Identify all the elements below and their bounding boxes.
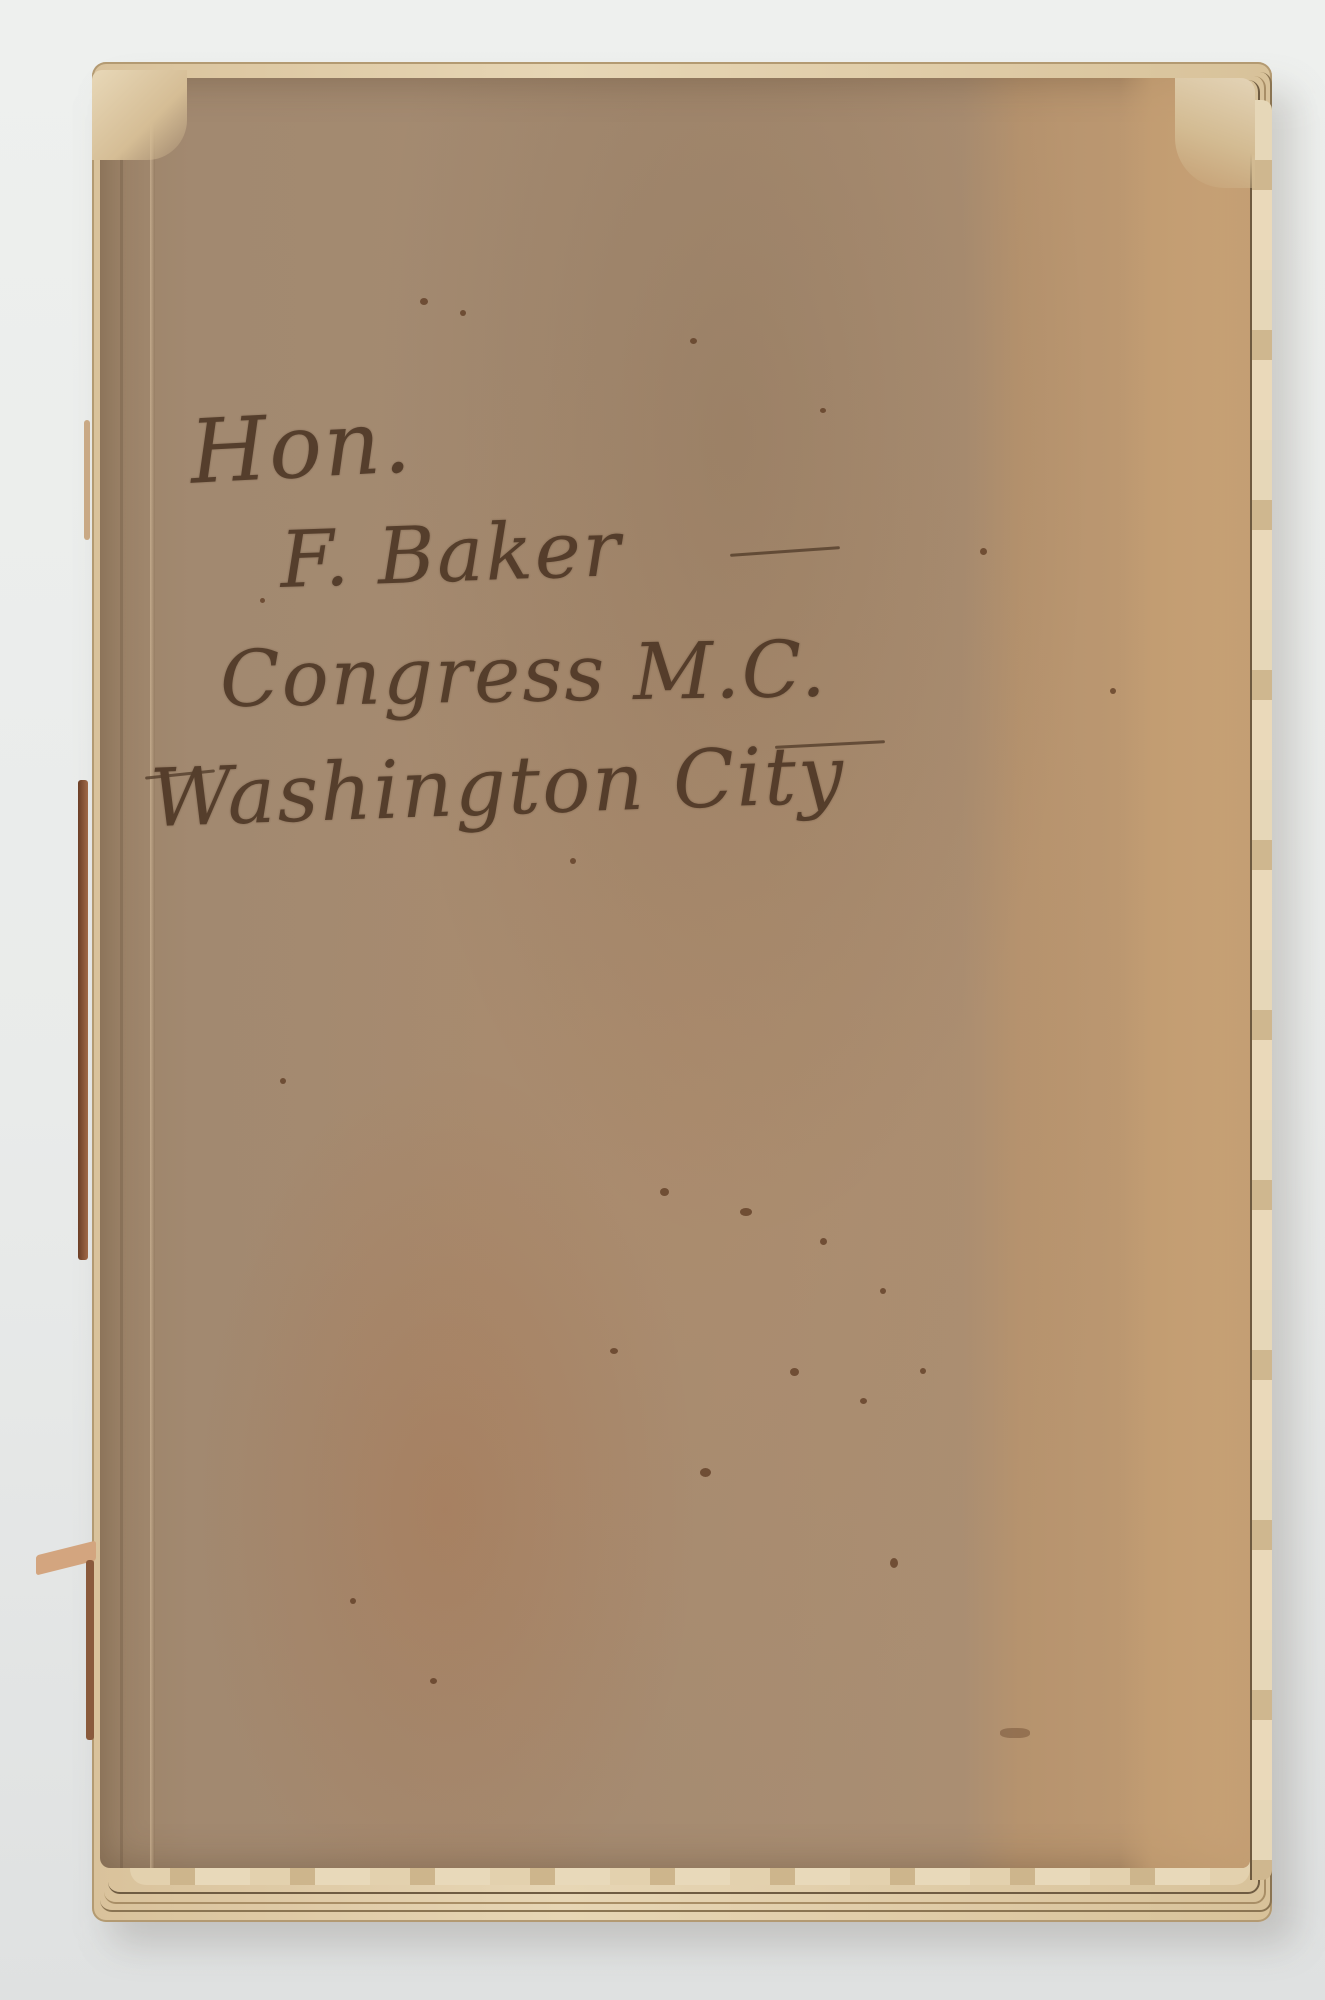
foxing-spot (660, 1188, 669, 1196)
foxing-spot (460, 310, 466, 316)
torn-spine-fragment (86, 1560, 94, 1740)
inscription-line-office: Congress M.C. (219, 625, 828, 726)
foxing-spot (1110, 688, 1116, 694)
foxing-spot (260, 598, 265, 603)
foxing-spot (700, 1468, 711, 1477)
pamphlet-cover (100, 78, 1250, 1868)
foxing-spot (920, 1368, 926, 1374)
inscription-line-name: F. Baker (279, 504, 624, 606)
foxing-spot (1000, 1728, 1030, 1738)
foxing-spot (790, 1368, 799, 1376)
frayed-right-edge (1250, 100, 1272, 1880)
foxing-spot (820, 408, 826, 413)
foxing-spot (280, 1078, 286, 1084)
foxing-spot (570, 858, 576, 864)
foxing-spot (350, 1598, 356, 1604)
sun-faded-strip (1120, 78, 1250, 1868)
torn-corner-top-right (1175, 78, 1255, 188)
foxing-spot (890, 1558, 898, 1568)
foxing-spot (740, 1208, 752, 1216)
torn-corner-top-left (92, 70, 187, 160)
foxing-spot (420, 298, 428, 305)
foxing-spot (820, 1238, 827, 1245)
foxing-spot (860, 1398, 867, 1404)
foxing-spot (430, 1678, 437, 1684)
torn-spine-flap (78, 780, 88, 1260)
foxing-spot (880, 1288, 886, 1294)
foxing-spot (610, 1348, 618, 1354)
foxing-spot (980, 548, 987, 555)
spine-crease (120, 78, 123, 1868)
inscription-line-honorific: Hon. (187, 389, 414, 503)
foxing-spot (690, 338, 697, 344)
spine-crease (150, 78, 155, 1868)
torn-spine-fragment (84, 420, 90, 540)
